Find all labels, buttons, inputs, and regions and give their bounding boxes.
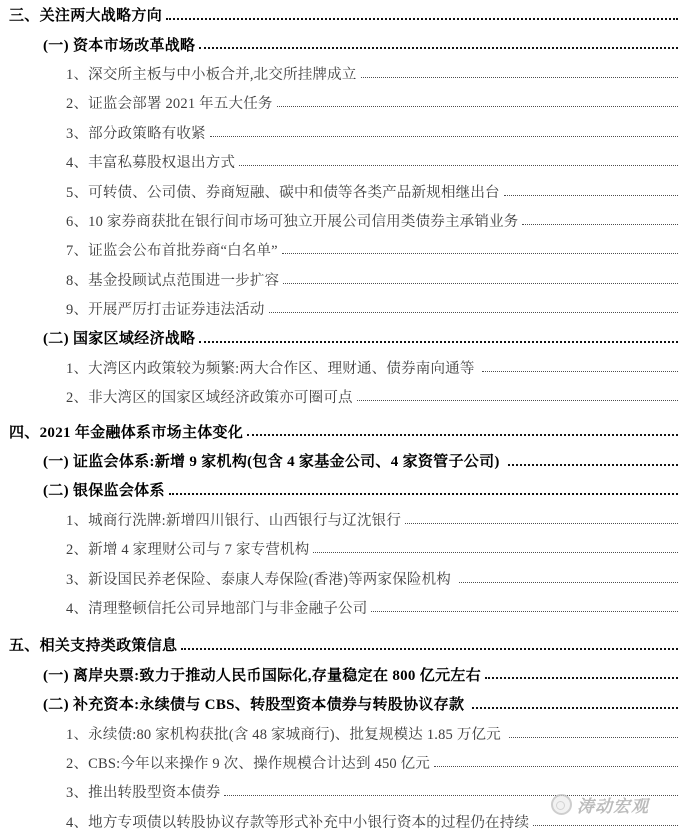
toc-entry-24[interactable]: (二) 补充资本:永续债与 CBS、转股型资本债券与转股协议存款 — [0, 689, 678, 718]
toc-entry-label: 3、部分政策略有收紧 — [66, 122, 206, 143]
toc-entry-label: 2、CBS:今年以来操作 9 次、操作规模合计达到 450 亿元 — [66, 752, 430, 773]
toc-entry-label: 三、关注两大战略方向 — [9, 4, 162, 25]
toc-entry-7[interactable]: 5、可转债、公司债、券商短融、碳中和债等各类产品新规相继出台 — [0, 176, 678, 205]
toc-entry-6[interactable]: 4、丰富私募股权退出方式 — [0, 147, 678, 176]
dotted-leader — [166, 18, 678, 20]
toc-entry-label: 4、丰富私募股权退出方式 — [66, 151, 235, 172]
dotted-leader — [247, 434, 678, 436]
toc-entry-label: 4、地方专项债以转股协议存款等形式补充中小银行资本的过程仍在持续 — [66, 811, 529, 832]
toc-entry-label: 四、2021 年金融体系市场主体变化 — [9, 421, 243, 442]
dotted-leader — [313, 552, 678, 553]
toc-entry-3[interactable]: 1、深交所主板与中小板合并,北交所挂牌成立 — [0, 59, 678, 88]
toc-entry-label: 1、大湾区内政策较为频繁:两大合作区、理财通、债券南向通等 — [66, 357, 478, 378]
toc-entry-2[interactable]: (一) 资本市场改革战略 — [0, 29, 678, 58]
toc-entry-label: 1、城商行洗牌:新增四川银行、山西银行与辽沈银行 — [66, 509, 401, 530]
dotted-leader — [485, 677, 678, 679]
toc-entry-label: (一) 离岸央票:致力于推动人民币国际化,存量稳定在 800 亿元左右 — [43, 664, 481, 685]
toc-entry-label: 3、推出转股型资本债券 — [66, 781, 220, 802]
toc-entry-label: 2、新增 4 家理财公司与 7 家专营机构 — [66, 538, 309, 559]
toc-entry-label: 五、相关支持类政策信息 — [9, 634, 177, 655]
toc-entry-label: 5、可转债、公司债、券商短融、碳中和债等各类产品新规相继出台 — [66, 181, 500, 202]
toc-entry-4[interactable]: 2、证监会部署 2021 年五大任务 — [0, 88, 678, 117]
dotted-leader — [504, 195, 678, 196]
dotted-leader — [277, 106, 678, 107]
toc-entry-label: 1、深交所主板与中小板合并,北交所挂牌成立 — [66, 63, 357, 84]
toc-entry-14[interactable]: 2、非大湾区的国家区域经济政策亦可圈可点 — [0, 382, 678, 411]
toc-entry-label: 1、永续债:80 家机构获批(含 48 家城商行)、批复规模达 1.85 万亿元 — [66, 723, 505, 744]
toc-entry-label: 7、证监会公布首批券商“白名单” — [66, 239, 278, 260]
toc-entry-10[interactable]: 8、基金投顾试点范围进一步扩容 — [0, 265, 678, 294]
dotted-leader — [239, 165, 678, 166]
toc-entry-15[interactable]: 四、2021 年金融体系市场主体变化 — [0, 416, 678, 445]
dotted-leader — [405, 523, 678, 524]
dotted-leader — [371, 611, 678, 612]
toc-entry-13[interactable]: 1、大湾区内政策较为频繁:两大合作区、理财通、债券南向通等 — [0, 353, 678, 382]
dotted-leader — [434, 766, 678, 767]
dotted-leader — [210, 136, 678, 137]
toc-entry-label: (二) 国家区域经济战略 — [43, 327, 195, 348]
toc-entry-21[interactable]: 4、清理整顿信托公司异地部门与非金融子公司 — [0, 593, 678, 622]
watermark-text: 涛动宏观 — [577, 792, 649, 817]
dotted-leader — [509, 737, 678, 738]
dotted-leader — [282, 253, 678, 254]
dotted-leader — [357, 400, 678, 401]
table-of-contents: 三、关注两大战略方向 (一) 资本市场改革战略 1、深交所主板与中小板合并,北交… — [0, 0, 678, 836]
toc-entry-5[interactable]: 3、部分政策略有收紧 — [0, 118, 678, 147]
toc-entry-label: (二) 补充资本:永续债与 CBS、转股型资本债券与转股协议存款 — [43, 693, 468, 714]
toc-entry-label: 3、新设国民养老保险、泰康人寿保险(香港)等两家保险机构 — [66, 568, 455, 589]
dotted-leader — [199, 341, 678, 343]
toc-entry-label: 2、证监会部署 2021 年五大任务 — [66, 92, 273, 113]
toc-entry-1[interactable]: 三、关注两大战略方向 — [0, 0, 678, 29]
toc-entry-label: 4、清理整顿信托公司异地部门与非金融子公司 — [66, 597, 367, 618]
toc-entry-25[interactable]: 1、永续债:80 家机构获批(含 48 家城商行)、批复规模达 1.85 万亿元 — [0, 718, 678, 747]
toc-entry-26[interactable]: 2、CBS:今年以来操作 9 次、操作规模合计达到 450 亿元 — [0, 748, 678, 777]
toc-entry-label: (二) 银保监会体系 — [43, 479, 165, 500]
dotted-leader — [482, 371, 678, 372]
dotted-leader — [508, 464, 678, 466]
toc-entry-label: (一) 资本市场改革战略 — [43, 34, 195, 55]
dotted-leader — [169, 493, 678, 495]
toc-entry-20[interactable]: 3、新设国民养老保险、泰康人寿保险(香港)等两家保险机构 — [0, 563, 678, 592]
watermark: 涛动宏观 — [551, 790, 649, 818]
dotted-leader — [181, 648, 678, 650]
dotted-leader — [459, 582, 678, 583]
toc-entry-8[interactable]: 6、10 家券商获批在银行间市场可独立开展公司信用类债券主承销业务 — [0, 206, 678, 235]
toc-entry-12[interactable]: (二) 国家区域经济战略 — [0, 323, 678, 352]
toc-entry-23[interactable]: (一) 离岸央票:致力于推动人民币国际化,存量稳定在 800 亿元左右 — [0, 660, 678, 689]
dotted-leader — [522, 224, 678, 225]
toc-entry-label: 9、开展严厉打击证券违法活动 — [66, 298, 265, 319]
toc-entry-9[interactable]: 7、证监会公布首批券商“白名单” — [0, 235, 678, 264]
toc-entry-17[interactable]: (二) 银保监会体系 — [0, 475, 678, 504]
toc-entry-label: 2、非大湾区的国家区域经济政策亦可圈可点 — [66, 386, 353, 407]
toc-entry-label: (一) 证监会体系:新增 9 家机构(包含 4 家基金公司、4 家资管子公司) — [43, 450, 504, 471]
dotted-leader — [361, 77, 678, 78]
watermark-logo-icon — [551, 794, 572, 815]
toc-entry-22[interactable]: 五、相关支持类政策信息 — [0, 630, 678, 659]
dotted-leader — [199, 47, 678, 49]
toc-entry-label: 8、基金投顾试点范围进一步扩容 — [66, 269, 279, 290]
dotted-leader — [283, 283, 678, 284]
toc-entry-label: 6、10 家券商获批在银行间市场可独立开展公司信用类债券主承销业务 — [66, 210, 518, 231]
dotted-leader — [269, 312, 678, 313]
toc-entry-16[interactable]: (一) 证监会体系:新增 9 家机构(包含 4 家基金公司、4 家资管子公司) — [0, 446, 678, 475]
dotted-leader — [533, 825, 678, 826]
dotted-leader — [472, 707, 678, 709]
toc-entry-18[interactable]: 1、城商行洗牌:新增四川银行、山西银行与辽沈银行 — [0, 505, 678, 534]
toc-entry-11[interactable]: 9、开展严厉打击证券违法活动 — [0, 294, 678, 323]
toc-entry-19[interactable]: 2、新增 4 家理财公司与 7 家专营机构 — [0, 534, 678, 563]
